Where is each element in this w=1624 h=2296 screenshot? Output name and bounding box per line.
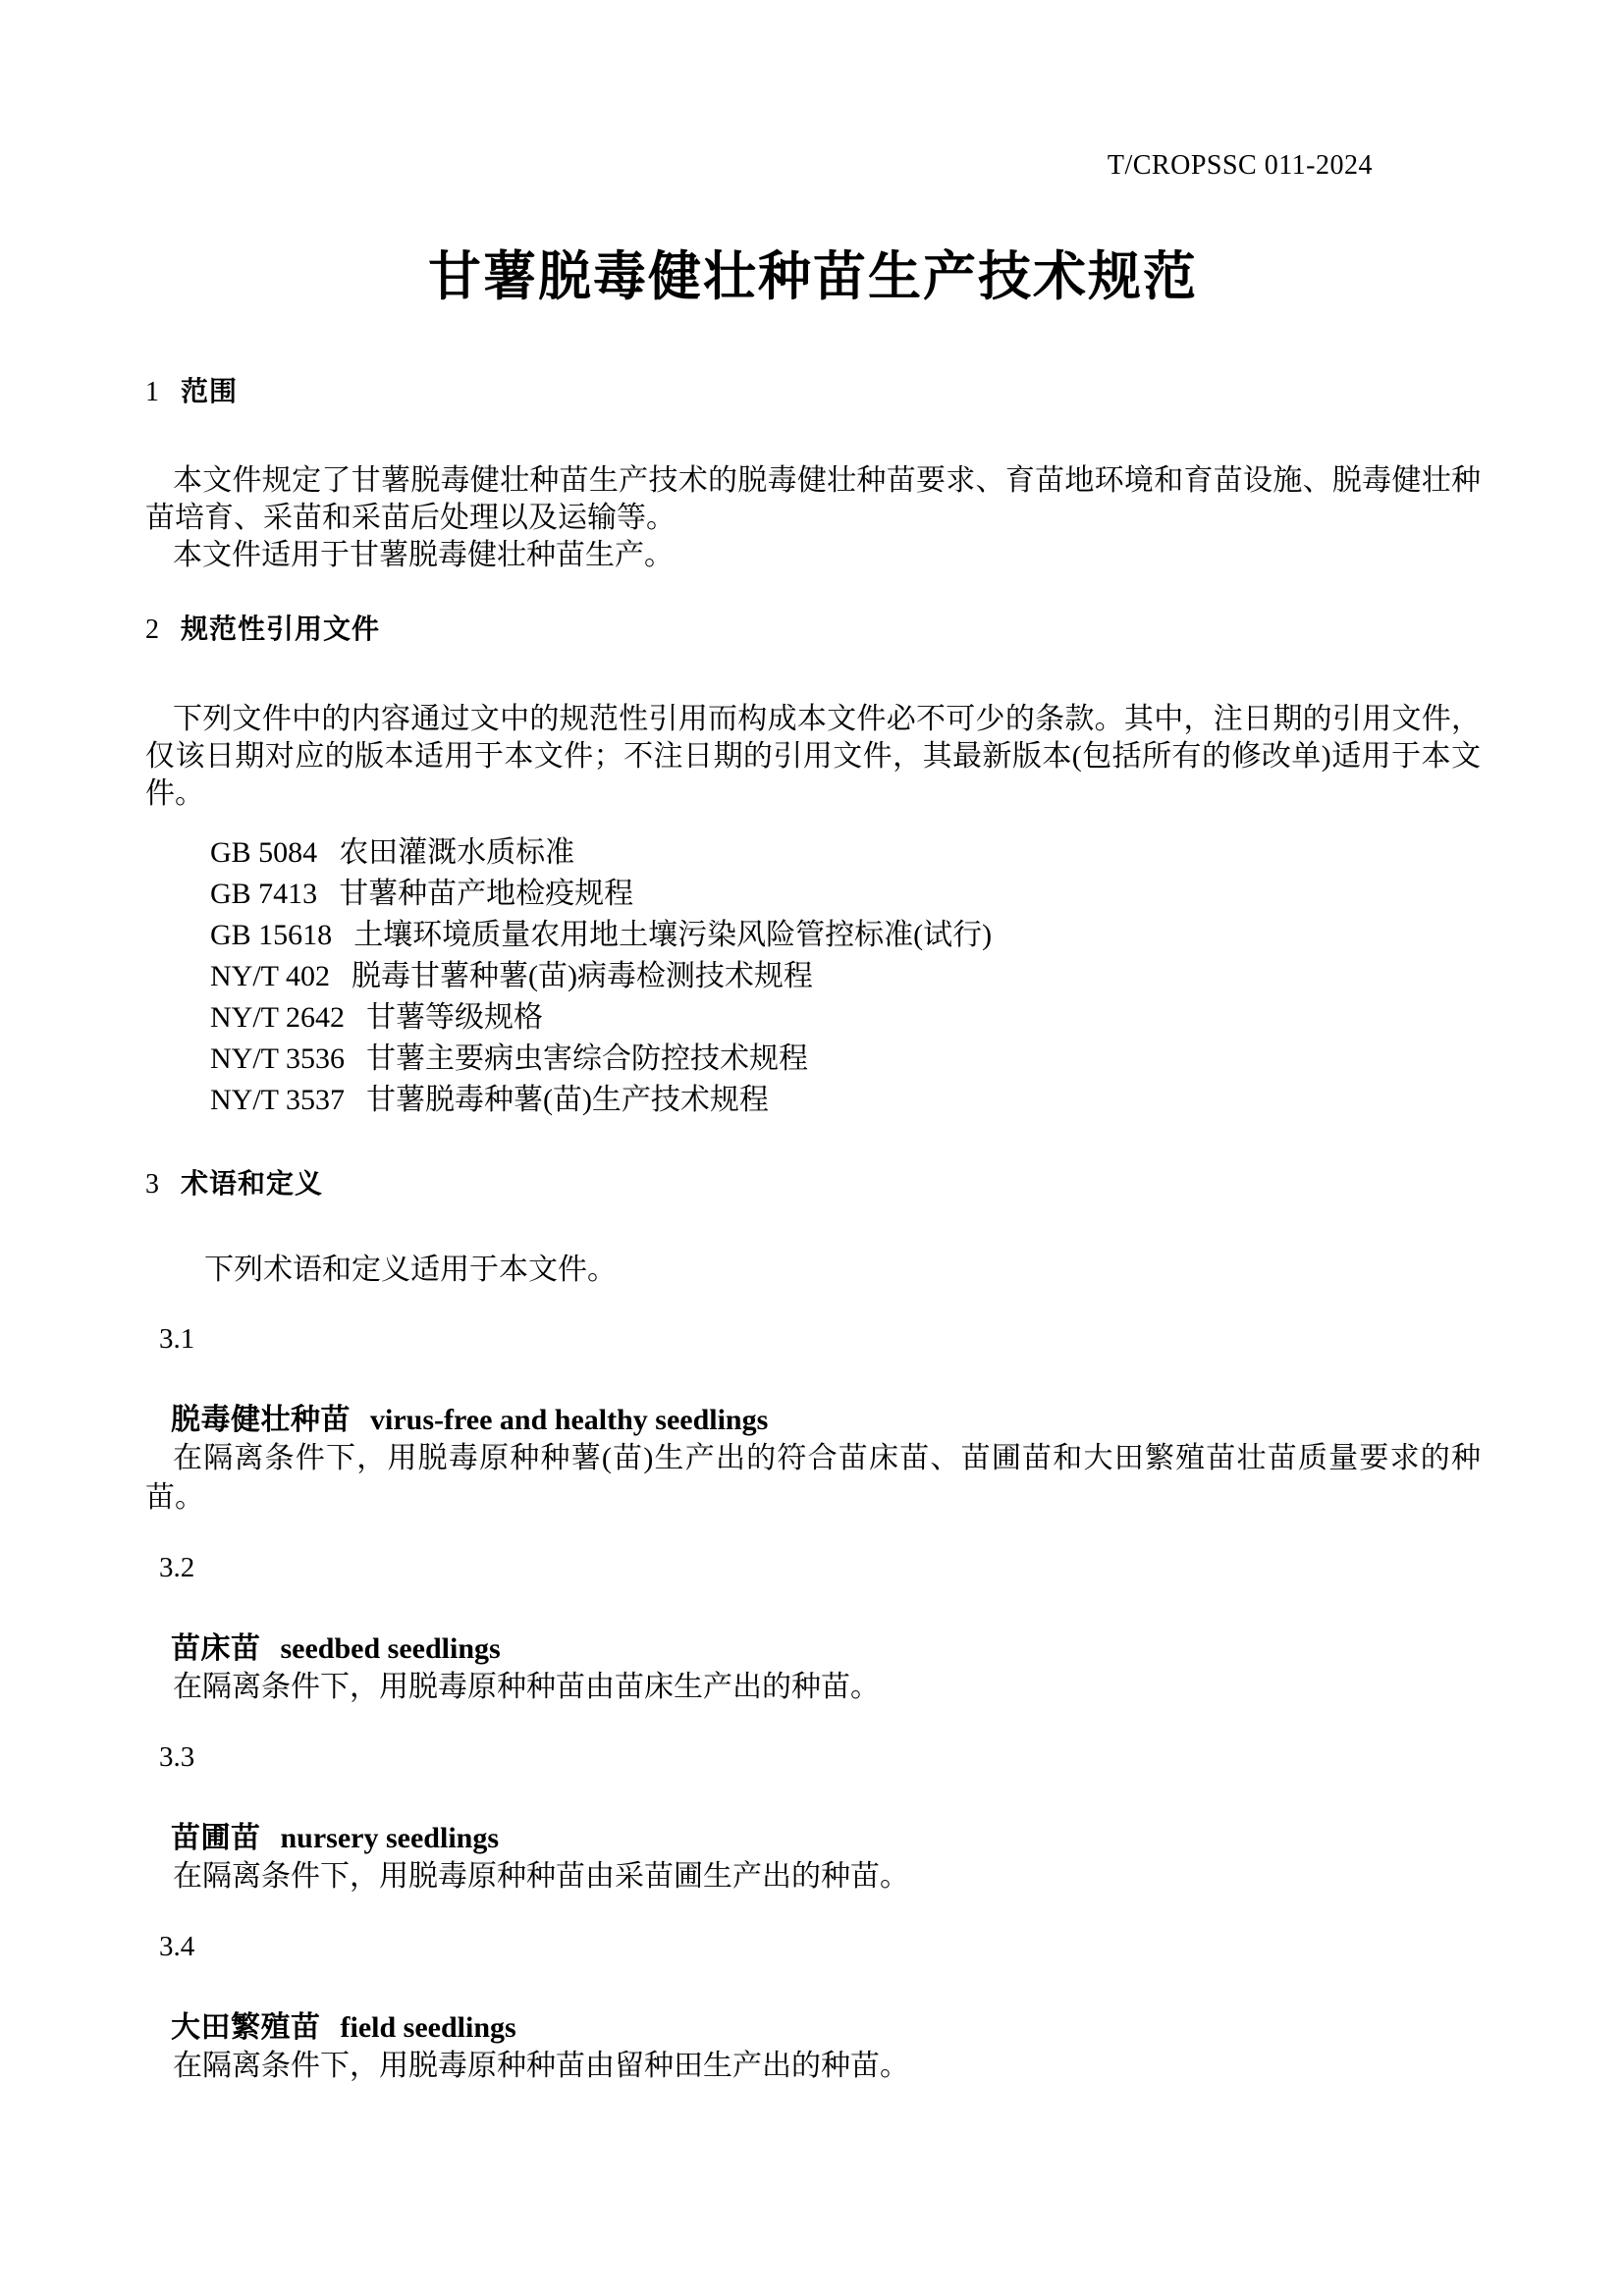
reference-title: 甘薯种苗产地检疫规程	[339, 878, 633, 910]
section-1-heading: 1范围	[145, 376, 1481, 408]
term-english: field seedlings	[341, 2011, 516, 2044]
reference-item: NY/T 3536甘薯主要病虫害综合防控技术规程	[145, 1039, 1481, 1080]
term-definition: 在隔离条件下，用脱毒原种种苗由留种田生产出的种苗。	[145, 2047, 1481, 2086]
reference-code: GB 7413	[210, 878, 317, 910]
references-intro-paragraph: 下列文件中的内容通过文中的规范性引用而构成本文件必不可少的条款。其中，注日期的引…	[145, 701, 1481, 813]
term-english: nursery seedlings	[281, 1822, 500, 1854]
reference-title: 甘薯主要病虫害综合防控技术规程	[366, 1042, 808, 1075]
reference-item: NY/T 402脱毒甘薯种薯(苗)病毒检测技术规程	[145, 956, 1481, 997]
standard-code: T/CROPSSC 011-2024	[145, 0, 1481, 182]
section-1-number: 1	[145, 377, 159, 407]
term-english: virus-free and healthy seedlings	[370, 1404, 768, 1436]
term-chinese: 苗圃苗	[171, 1822, 261, 1854]
reference-item: GB 7413甘薯种苗产地检疫规程	[145, 874, 1481, 915]
reference-title: 土壤环境质量农用地土壤污染风险管控标准(试行)	[353, 919, 992, 951]
clause-number: 3.2	[145, 1552, 1481, 1583]
reference-title: 农田灌溉水质标准	[339, 836, 574, 869]
section-2-heading: 2规范性引用文件	[145, 614, 1481, 646]
reference-title: 甘薯等级规格	[366, 1001, 543, 1034]
term-line: 大田繁殖苗field seedlings	[145, 2009, 1481, 2047]
reference-list: GB 5084农田灌溉水质标准 GB 7413甘薯种苗产地检疫规程 GB 156…	[145, 832, 1481, 1121]
terms-intro-paragraph: 下列术语和定义适用于本文件。	[145, 1252, 1481, 1289]
section-2-number: 2	[145, 614, 159, 645]
reference-code: NY/T 3536	[210, 1042, 345, 1075]
section-1-title: 范围	[181, 376, 238, 406]
section-2-title: 规范性引用文件	[181, 614, 380, 644]
section-3-heading: 3术语和定义	[145, 1168, 1481, 1201]
term-line: 脱毒健壮种苗virus-free and healthy seedlings	[145, 1402, 1481, 1439]
term-line: 苗圃苗nursery seedlings	[145, 1820, 1481, 1857]
term-line: 苗床苗seedbed seedlings	[145, 1630, 1481, 1668]
reference-code: GB 15618	[210, 919, 332, 951]
term-english: seedbed seedlings	[281, 1632, 501, 1665]
scope-paragraph-2: 本文件适用于甘薯脱毒健壮种苗生产。	[145, 537, 1481, 574]
section-3-number: 3	[145, 1169, 159, 1200]
clause-number: 3.1	[145, 1323, 1481, 1355]
term-definition: 在隔离条件下，用脱毒原种种薯(苗)生产出的符合苗床苗、苗圃苗和大田繁殖苗壮苗质量…	[145, 1439, 1481, 1518]
document-page: T/CROPSSC 011-2024 甘薯脱毒健壮种苗生产技术规范 1范围 本文…	[0, 0, 1624, 2296]
reference-item: GB 15618土壤环境质量农用地土壤污染风险管控标准(试行)	[145, 915, 1481, 956]
reference-code: NY/T 402	[210, 960, 330, 992]
clause-number: 3.3	[145, 1741, 1481, 1773]
reference-code: NY/T 2642	[210, 1001, 345, 1034]
term-chinese: 苗床苗	[171, 1632, 261, 1665]
section-3-title: 术语和定义	[181, 1168, 323, 1199]
reference-item: NY/T 2642甘薯等级规格	[145, 997, 1481, 1039]
reference-code: NY/T 3537	[210, 1084, 345, 1116]
term-definition: 在隔离条件下，用脱毒原种种苗由苗床生产出的种苗。	[145, 1668, 1481, 1707]
document-title: 甘薯脱毒健壮种苗生产技术规范	[145, 248, 1481, 305]
scope-paragraph-1: 本文件规定了甘薯脱毒健壮种苗生产技术的脱毒健壮种苗要求、育苗地环境和育苗设施、脱…	[145, 462, 1481, 537]
clause-number: 3.4	[145, 1931, 1481, 1962]
reference-title: 甘薯脱毒种薯(苗)生产技术规程	[366, 1084, 769, 1116]
reference-item: GB 5084农田灌溉水质标准	[145, 832, 1481, 874]
reference-item: NY/T 3537甘薯脱毒种薯(苗)生产技术规程	[145, 1080, 1481, 1121]
term-chinese: 大田繁殖苗	[171, 2011, 321, 2044]
reference-title: 脱毒甘薯种薯(苗)病毒检测技术规程	[352, 960, 813, 992]
reference-code: GB 5084	[210, 836, 317, 869]
term-definition: 在隔离条件下，用脱毒原种种苗由采苗圃生产出的种苗。	[145, 1857, 1481, 1896]
term-chinese: 脱毒健壮种苗	[171, 1404, 351, 1436]
